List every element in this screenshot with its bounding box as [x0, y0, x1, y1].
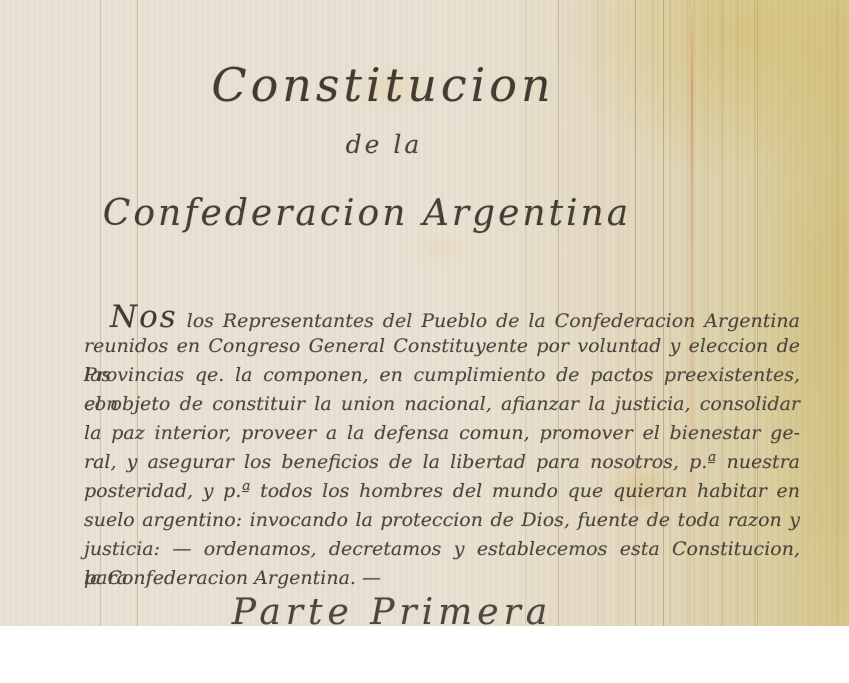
- preamble-line: suelo argentino: invocando la proteccion…: [84, 506, 800, 535]
- preamble-line: justicia: — ordenamos, decretamos y esta…: [84, 535, 800, 564]
- preamble-opening-word: Nos: [110, 299, 178, 335]
- manuscript-page: Constitucion de la Confederacion Argenti…: [0, 0, 849, 626]
- document-scan: Constitucion de la Confederacion Argenti…: [0, 0, 849, 683]
- preamble-line: el objeto de constituir la union naciona…: [84, 390, 800, 419]
- preamble-closing-line: la Confederacion Argentina. —: [84, 564, 800, 593]
- document-title: Constitucion: [211, 58, 554, 112]
- document-subtitle: Confederacion Argentina: [103, 193, 631, 234]
- preamble-text: Nos los Representantes del Pueblo de la …: [84, 303, 800, 593]
- preamble-line: ral, y asegurar los beneficios de la lib…: [84, 448, 800, 477]
- preamble-line-text: los Representantes del Pueblo de la Conf…: [187, 310, 800, 332]
- preamble-line: reunidos en Congreso General Constituyen…: [84, 332, 800, 361]
- document-title-connector: de la: [346, 130, 423, 159]
- preamble-line: la paz interior, proveer a la defensa co…: [84, 419, 800, 448]
- fold-line: [836, 0, 837, 626]
- preamble-line: Provincias qe. la componen, en cumplimie…: [84, 361, 800, 390]
- preamble-line: Nos los Representantes del Pueblo de la …: [84, 303, 800, 332]
- section-heading: Parte Primera: [232, 592, 553, 626]
- preamble-line: posteridad, y p.ª todos los hombres del …: [84, 477, 800, 506]
- scan-bottom-margin: [0, 626, 849, 683]
